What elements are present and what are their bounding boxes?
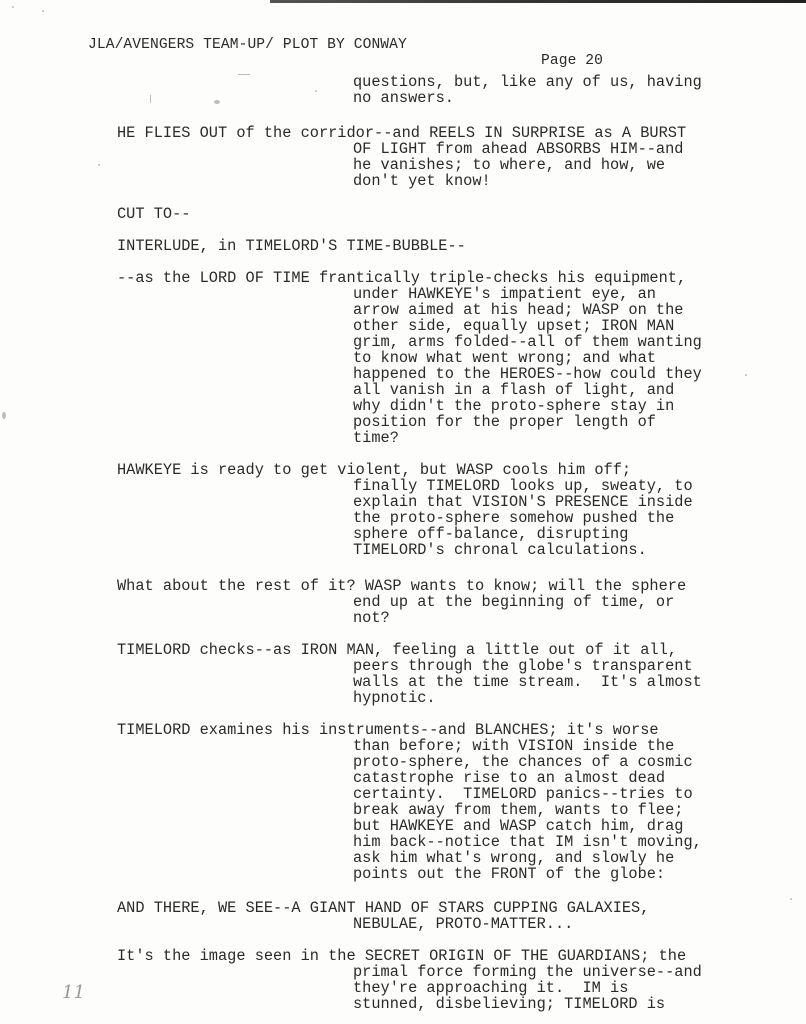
- text-line: TIMELORD's chronal calculations.: [117, 542, 767, 558]
- text-line: walls at the time stream. It's almost: [117, 674, 767, 690]
- text-line: but HAWKEYE and WASP catch him, drag: [117, 818, 767, 834]
- plot-paragraph: CUT TO--: [117, 206, 767, 222]
- scan-speck: [238, 74, 250, 75]
- plot-paragraph: It's the image seen in the SECRET ORIGIN…: [117, 948, 767, 1012]
- text-line: OF LIGHT from ahead ABSORBS HIM--and: [117, 141, 767, 157]
- plot-paragraph: INTERLUDE, in TIMELORD'S TIME-BUBBLE--: [117, 238, 767, 254]
- text-line: don't yet know!: [117, 173, 767, 189]
- text-line: HAWKEYE is ready to get violent, but WAS…: [117, 462, 767, 478]
- scan-speck: [315, 90, 317, 92]
- margin-scribble: 11: [62, 982, 85, 1003]
- scan-speck: [283, 44, 289, 45]
- text-line: not?: [117, 610, 767, 626]
- plot-paragraph: HAWKEYE is ready to get violent, but WAS…: [117, 462, 767, 558]
- text-line: arrow aimed at his head; WASP on the: [117, 302, 767, 318]
- text-line: him back--notice that IM isn't moving,: [117, 834, 767, 850]
- scan-edge-shadow: [270, 0, 806, 3]
- text-line: TIMELORD examines his instruments--and B…: [117, 722, 767, 738]
- plot-paragraph: --as the LORD OF TIME frantically triple…: [117, 270, 767, 446]
- scan-speck: [12, 6, 14, 8]
- text-line: he vanishes; to where, and how, we: [117, 157, 767, 173]
- plot-paragraph: AND THERE, WE SEE--A GIANT HAND OF STARS…: [117, 900, 767, 932]
- text-line: other side, equally upset; IRON MAN: [117, 318, 767, 334]
- text-line: grim, arms folded--all of them wanting: [117, 334, 767, 350]
- text-line: points out the FRONT of the globe:: [117, 866, 767, 882]
- text-line: INTERLUDE, in TIMELORD'S TIME-BUBBLE--: [117, 238, 767, 254]
- scan-speck: [214, 100, 220, 104]
- plot-paragraph: TIMELORD checks--as IRON MAN, feeling a …: [117, 642, 767, 706]
- text-line: hypnotic.: [117, 690, 767, 706]
- text-line: What about the rest of it? WASP wants to…: [117, 578, 767, 594]
- text-line: NEBULAE, PROTO-MATTER...: [117, 916, 767, 932]
- scan-speck: [150, 95, 151, 103]
- scan-speck: [745, 374, 747, 376]
- text-line: ask him what's wrong, and slowly he: [117, 850, 767, 866]
- text-line: peers through the globe's transparent: [117, 658, 767, 674]
- text-line: explain that VISION'S PRESENCE inside: [117, 494, 767, 510]
- text-line: all vanish in a flash of light, and: [117, 382, 767, 398]
- text-line: --as the LORD OF TIME frantically triple…: [117, 270, 767, 286]
- text-line: break away from them, wants to flee;: [117, 802, 767, 818]
- text-line: end up at the beginning of time, or: [117, 594, 767, 610]
- plot-paragraph: TIMELORD examines his instruments--and B…: [117, 722, 767, 882]
- text-line: CUT TO--: [117, 206, 767, 222]
- text-line: under HAWKEYE's impatient eye, an: [117, 286, 767, 302]
- text-line: sphere off-balance, disrupting: [117, 526, 767, 542]
- text-line: time?: [117, 430, 767, 446]
- scan-speck: [42, 10, 44, 12]
- scan-speck: [98, 164, 100, 166]
- text-line: finally TIMELORD looks up, sweaty, to: [117, 478, 767, 494]
- text-line: proto-sphere, the chances of a cosmic: [117, 754, 767, 770]
- text-line: they're approaching it. IM is: [117, 980, 767, 996]
- text-line: the proto-sphere somehow pushed the: [117, 510, 767, 526]
- text-line: HE FLIES OUT of the corridor--and REELS …: [117, 125, 767, 141]
- text-line: questions, but, like any of us, having: [117, 74, 767, 90]
- text-line: why didn't the proto-sphere stay in: [117, 398, 767, 414]
- text-line: than before; with VISION inside the: [117, 738, 767, 754]
- page-number: Page 20: [541, 53, 603, 69]
- text-line: certainty. TIMELORD panics--tries to: [117, 786, 767, 802]
- document-title: JLA/AVENGERS TEAM-UP/ PLOT BY CONWAY: [88, 37, 407, 53]
- text-line: happened to the HEROES--how could they: [117, 366, 767, 382]
- plot-paragraph: HE FLIES OUT of the corridor--and REELS …: [117, 125, 767, 189]
- plot-paragraph: What about the rest of it? WASP wants to…: [117, 578, 767, 626]
- text-line: It's the image seen in the SECRET ORIGIN…: [117, 948, 767, 964]
- scan-speck: [2, 412, 6, 419]
- text-line: primal force forming the universe--and: [117, 964, 767, 980]
- text-line: TIMELORD checks--as IRON MAN, feeling a …: [117, 642, 767, 658]
- text-line: position for the proper length of: [117, 414, 767, 430]
- text-line: AND THERE, WE SEE--A GIANT HAND OF STARS…: [117, 900, 767, 916]
- scan-speck: [790, 898, 792, 900]
- page-header: JLA/AVENGERS TEAM-UP/ PLOT BY CONWAY Pag…: [88, 21, 806, 69]
- text-line: catastrophe rise to an almost dead: [117, 770, 767, 786]
- text-line: to know what went wrong; and what: [117, 350, 767, 366]
- text-line: stunned, disbelieving; TIMELORD is: [117, 996, 767, 1012]
